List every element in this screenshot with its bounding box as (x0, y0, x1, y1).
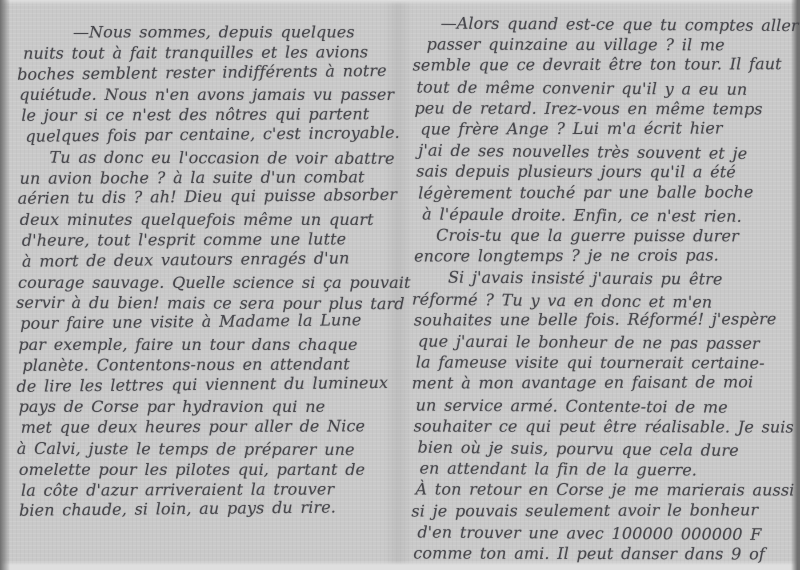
handwritten-line: sais depuis plusieurs jours qu'il a été (416, 161, 798, 183)
letter-scan-screenshot: { "colors": { "paper": "#c9c9c9", "ink":… (0, 0, 800, 570)
handwritten-line: que frère Ange ? Lui m'a écrit hier (420, 117, 798, 140)
handwritten-line: tout de même convenir qu'il y a eu un (416, 76, 798, 100)
handwritten-line: aérien tu dis ? ah! Dieu qui puisse abso… (18, 185, 390, 210)
handwritten-line: à Calvi, juste le temps de préparer une (17, 439, 391, 461)
handwritten-line: Tu as donc eu l'occasion de voir abattre (49, 147, 389, 169)
handwritten-line: d'en trouver une avec 100000 000000 F (417, 521, 797, 545)
handwritten-line: pour faire une visite à Madame la Lune (20, 310, 390, 335)
handwritten-line: met que deux heures pour aller de Nice (21, 416, 391, 438)
handwritten-line: deux minutes quelquefois même un quart (20, 210, 390, 231)
handwritten-line: à mort de deux vautours enragés d'un (22, 248, 390, 273)
scan-edge-top (0, 0, 800, 5)
handwritten-line: quiétude. Nous n'en avons jamais vu pass… (19, 85, 389, 106)
handwritten-line: bien chaude, si loin, au pays du rire. (19, 497, 391, 522)
handwritten-line: légèrement touché par une balle boche (418, 181, 798, 204)
handwritten-line: quelques fois par centaine, c'est incroy… (25, 123, 389, 148)
handwritten-line: de lire les lettres qui viennent du lumi… (16, 372, 390, 397)
handwritten-line: courage sauvage. Quelle science si ça po… (18, 272, 390, 293)
handwritten-line: À ton retour en Corse je me marierais au… (415, 479, 797, 501)
handwritten-line: que j'aurai le bonheur de ne pas passer (418, 331, 798, 355)
handwritten-line: comme ton ami. Il peut danser dans 9 of (413, 543, 797, 565)
handwritten-line: semble que ce devrait être ton tour. Il … (413, 54, 799, 77)
handwritten-line: —Nous sommes, depuis quelques (73, 23, 389, 44)
handwritten-line: un service armé. Contente-toi de me (416, 394, 798, 418)
handwritten-line: Si j'avais insisté j'aurais pu être (448, 267, 798, 291)
handwritten-line: par exemple, faire un tour dans chaque (18, 335, 390, 356)
handwritten-line: en attendant la fin de la guerre. (419, 458, 797, 482)
handwritten-line: omelette pour les pilotes qui, partant d… (19, 460, 391, 481)
handwritten-line: à l'épaule droite. Enfin, ce n'est rien. (422, 203, 798, 227)
letter-right-page: —Alors quand est-ce que tu comptes aller… (411, 12, 798, 564)
handwritten-line: pays de Corse par hydravion qui ne (19, 397, 391, 418)
handwritten-line: boches semblent rester indifférents à no… (17, 61, 389, 86)
handwritten-line: si je pouvais seulement avoir le bonheur (411, 499, 797, 522)
handwritten-line: encore longtemps ? je ne crois pas. (414, 244, 798, 267)
handwritten-line: j'ai de ses nouvelles très souvent et je (418, 140, 798, 165)
handwritten-line: souhaiter ce qui peut être réalisable. J… (414, 415, 798, 437)
handwritten-line: ment à mon avantage en faisant de moi (412, 372, 798, 395)
handwritten-line: souhaites une belle fois. Réformé! j'esp… (414, 308, 798, 331)
handwritten-line: —Alors quand est-ce que tu comptes aller (441, 13, 799, 37)
scan-edge-left (0, 0, 10, 570)
letter-left-page: —Nous sommes, depuis quelquesnuits tout … (15, 21, 391, 522)
handwritten-line: peu de retard. Irez-vous en même temps (414, 97, 798, 119)
